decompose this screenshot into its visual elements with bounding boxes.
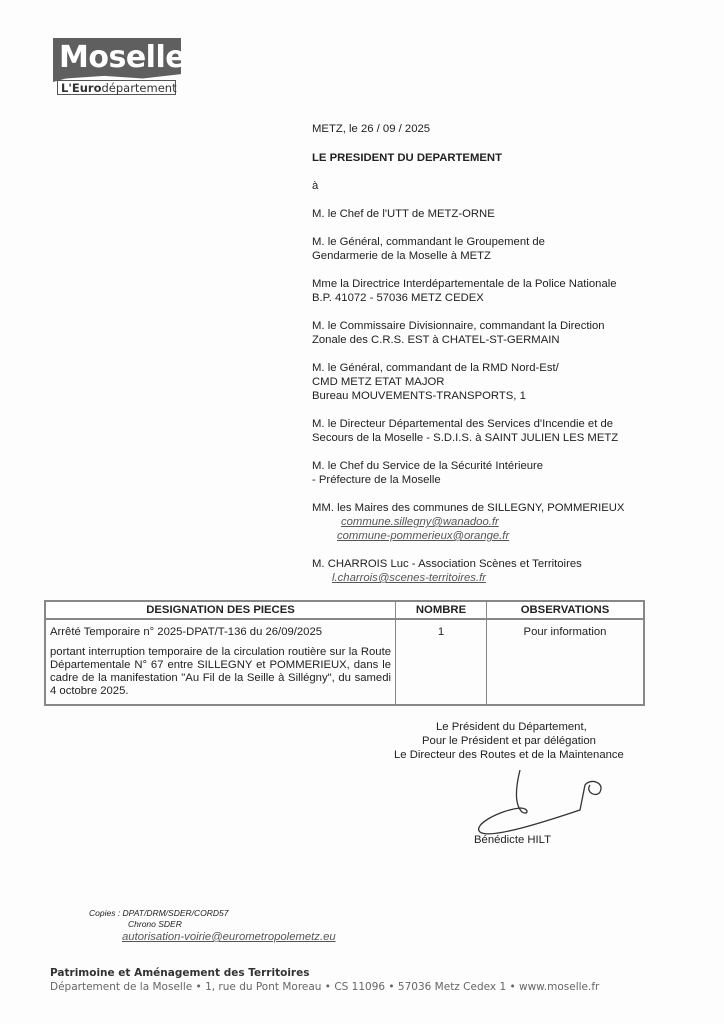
footer-department: Patrimoine et Aménagement des Territoire… <box>50 967 309 979</box>
email-link[interactable]: l.charrois@scenes-territoires.fr <box>332 572 486 586</box>
recipient-line: MM. les Maires des communes de SILLEGNY,… <box>312 502 624 516</box>
email-link[interactable]: commune-pommerieux@orange.fr <box>337 530 509 544</box>
recipient-line: M. CHARROIS Luc - Association Scènes et … <box>312 558 582 572</box>
documents-table: DESIGNATION DES PIECES NOMBRE OBSERVATIO… <box>44 600 645 706</box>
recipient-line: M. le Commissaire Divisionnaire, command… <box>312 320 605 334</box>
recipient-line: - Préfecture de la Moselle <box>312 474 441 488</box>
column-header: NOMBRE <box>396 601 487 619</box>
recipient-line: CMD METZ ETAT MAJOR <box>312 376 444 390</box>
observation-cell: Pour information <box>487 619 645 705</box>
decree-title: Arrêté Temporaire n° 2025-DPAT/T-136 du … <box>50 626 391 638</box>
recipient-line: M. le Chef de l'UTT de METZ-ORNE <box>312 208 495 222</box>
designation-cell: Arrêté Temporaire n° 2025-DPAT/T-136 du … <box>45 619 396 705</box>
copies-label: Copies : DPAT/DRM/SDER/CORD57 <box>89 908 336 919</box>
recipient-line: M. le Général, commandant le Groupement … <box>312 236 545 250</box>
copies-email-link[interactable]: autorisation-voirie@eurometropolemetz.eu <box>89 930 336 944</box>
to-label: à <box>312 180 318 194</box>
column-header: DESIGNATION DES PIECES <box>45 601 396 619</box>
signature-line: Le Directeur des Routes et de la Mainten… <box>394 749 624 763</box>
copies-block: Copies : DPAT/DRM/SDER/CORD57 Chrono SDE… <box>89 908 336 944</box>
recipient-line: M. le Général, commandant de la RMD Nord… <box>312 362 559 376</box>
recipient-line: Bureau MOUVEMENTS-TRANSPORTS, 1 <box>312 390 526 404</box>
recipient-line: M. le Chef du Service de la Sécurité Int… <box>312 460 543 474</box>
recipient-line: Mme la Directrice Interdépartementale de… <box>312 278 617 292</box>
logo-tagline: L'Eurodépartement <box>57 80 176 95</box>
recipient-line: B.P. 41072 - 57036 METZ CEDEX <box>312 292 484 306</box>
recipient-line: Zonale des C.R.S. EST à CHATEL-ST-GERMAI… <box>312 334 560 348</box>
date-line: METZ, le 26 / 09 / 2025 <box>312 123 430 137</box>
logo-tagline-bold: L'Euro <box>61 81 101 95</box>
sender-title: LE PRESIDENT DU DEPARTEMENT <box>312 152 502 166</box>
signature-line: Pour le Président et par délégation <box>422 735 596 749</box>
email-link[interactable]: commune.sillegny@wanadoo.fr <box>341 516 499 530</box>
table-row: Arrêté Temporaire n° 2025-DPAT/T-136 du … <box>45 619 644 705</box>
footer-address: Département de la Moselle • 1, rue du Po… <box>50 981 599 993</box>
copies-chrono: Chrono SDER <box>89 919 336 930</box>
handwritten-signature-icon <box>460 770 620 840</box>
recipient-line: Secours de la Moselle - S.D.I.S. à SAINT… <box>312 432 618 446</box>
signatory-name: Bénédicte HILT <box>474 834 551 848</box>
moselle-logo: Moselle L'Eurodépartement <box>53 38 181 96</box>
logo-wordmark: Moselle <box>59 40 185 75</box>
recipient-line: M. le Directeur Départemental des Servic… <box>312 418 613 432</box>
decree-description: portant interruption temporaire de la ci… <box>50 646 391 698</box>
column-header: OBSERVATIONS <box>487 601 645 619</box>
count-cell: 1 <box>396 619 487 705</box>
signature-line: Le Président du Département, <box>436 721 587 735</box>
recipient-line: Gendarmerie de la Moselle à METZ <box>312 250 491 264</box>
logo-tagline-rest: département <box>101 81 176 95</box>
